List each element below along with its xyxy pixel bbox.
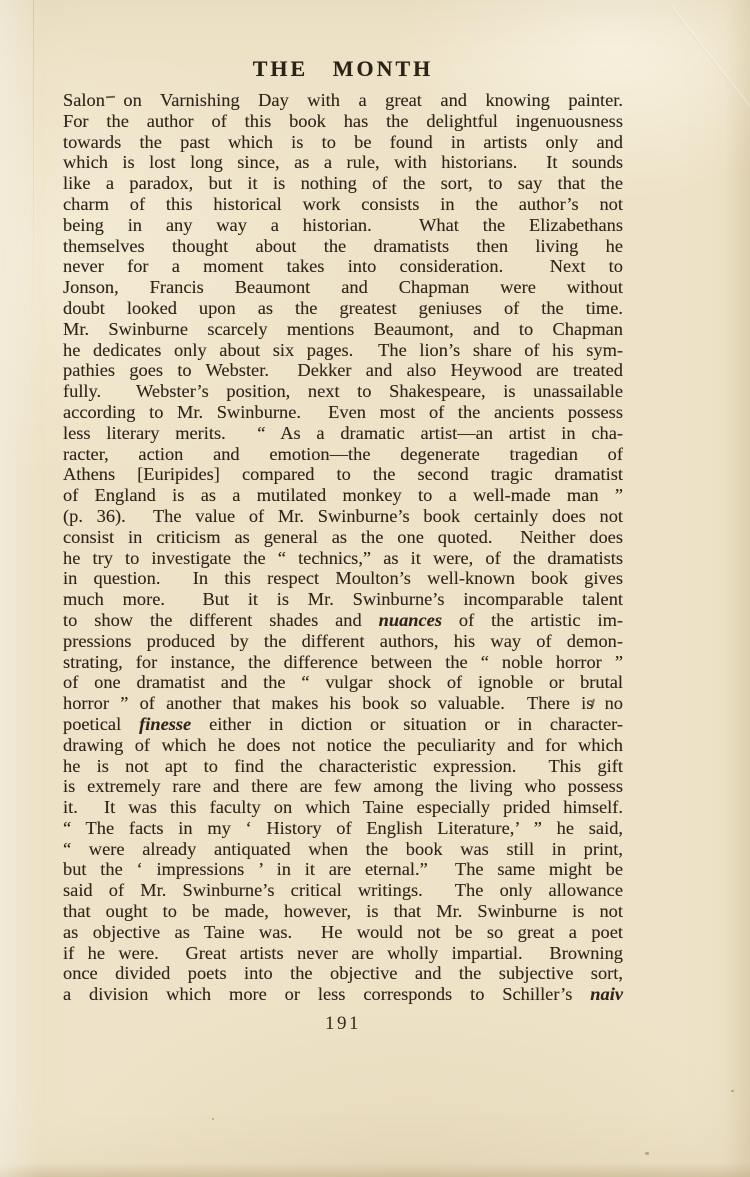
italic-word: finesse xyxy=(139,714,191,734)
text-line: he dedicates only about six pages. The l… xyxy=(63,340,623,361)
text-line: that ought to be made, however, is that … xyxy=(63,901,623,922)
text-segment: doubt looked upon as the greatest genius… xyxy=(63,298,623,318)
text-segment: horror ” of another that makes his book … xyxy=(63,693,623,713)
text-line: he is not apt to find the characteristic… xyxy=(63,756,623,777)
text-segment: he is not apt to find the characteristic… xyxy=(63,756,623,776)
text-line: it. It was this faculty on which Taine e… xyxy=(63,797,623,818)
text-segment: that ought to be made, however, is that … xyxy=(63,901,623,921)
text-segment: either in diction or situation or in cha… xyxy=(191,714,623,734)
paper-edge-crease xyxy=(33,0,34,300)
text-segment: much more. But it is Mr. Swinburne’s inc… xyxy=(63,589,623,609)
text-line: doubt looked upon as the greatest genius… xyxy=(63,298,623,319)
text-segment: Salon on Varnishing Day with a great and… xyxy=(63,90,623,110)
text-segment: of the artistic im- xyxy=(442,610,623,630)
text-line: consist in criticism as general as the o… xyxy=(63,527,623,548)
text-line: Jonson, Francis Beaumont and Chapman wer… xyxy=(63,277,623,298)
text-segment: towards the past which is to be found in… xyxy=(63,132,623,152)
text-segment: in question. In this respect Moulton’s w… xyxy=(63,568,623,588)
text-line: themselves thought about the dramatists … xyxy=(63,236,623,257)
text-line: to show the different shades and nuances… xyxy=(63,610,623,631)
text-segment: themselves thought about the dramatists … xyxy=(63,236,623,256)
text-line: of one dramatist and the “ vulgar shock … xyxy=(63,672,623,693)
text-segment: poetical xyxy=(63,714,139,734)
text-line: of England is as a mutilated monkey to a… xyxy=(63,485,623,506)
text-segment: Athens [Euripides] compared to the secon… xyxy=(63,464,623,484)
text-segment: For the author of this book has the deli… xyxy=(63,111,623,131)
text-segment: less literary merits. “ As a dramatic ar… xyxy=(63,423,623,443)
text-line: fully. Webster’s position, next to Shake… xyxy=(63,381,623,402)
text-segment: like a paradox, but it is nothing of the… xyxy=(63,173,623,193)
text-line: a division which more or less correspond… xyxy=(63,984,623,1005)
text-segment: a division which more or less correspond… xyxy=(63,984,590,1004)
page-number: 191 xyxy=(63,1013,623,1035)
text-segment: pressions produced by the different auth… xyxy=(63,631,623,651)
text-segment: said of Mr. Swinburne’s critical writing… xyxy=(63,880,623,900)
text-segment: Jonson, Francis Beaumont and Chapman wer… xyxy=(63,277,623,297)
text-line: “ were already antiquated when the book … xyxy=(63,839,623,860)
text-line: never for a moment takes into considerat… xyxy=(63,256,623,277)
text-segment: Mr. Swinburne scarcely mentions Beaumont… xyxy=(63,319,623,339)
text-segment: which is lost long since, as a rule, wit… xyxy=(63,152,623,172)
text-segment: once divided poets into the objective an… xyxy=(63,963,623,983)
text-segment: “ were already antiquated when the book … xyxy=(63,839,623,859)
text-segment: being in any way a historian. What the E… xyxy=(63,215,623,235)
text-line: strating, for instance, the difference b… xyxy=(63,652,623,673)
text-line: according to Mr. Swinburne. Even most of… xyxy=(63,402,623,423)
text-line: said of Mr. Swinburne’s critical writing… xyxy=(63,880,623,901)
text-segment: of one dramatist and the “ vulgar shock … xyxy=(63,672,623,692)
text-segment: pathies goes to Webster. Dekker and also… xyxy=(63,360,623,380)
text-line: is extremely rare and there are few amon… xyxy=(63,776,623,797)
text-line: he try to investigate the “ technics,” a… xyxy=(63,548,623,569)
text-segment: “ The facts in my ‘ History of English L… xyxy=(63,818,623,838)
text-line: much more. But it is Mr. Swinburne’s inc… xyxy=(63,589,623,610)
paper-speck xyxy=(645,1152,649,1155)
text-line: horror ” of another that makes his book … xyxy=(63,693,623,714)
text-line: being in any way a historian. What the E… xyxy=(63,215,623,236)
text-segment: to show the different shades and xyxy=(63,610,379,630)
text-line: if he were. Great artists never are whol… xyxy=(63,943,623,964)
text-line: “ The facts in my ‘ History of English L… xyxy=(63,818,623,839)
text-segment: if he were. Great artists never are whol… xyxy=(63,943,623,963)
text-segment: but the ‘ impressions ’ in it are eterna… xyxy=(63,859,623,879)
text-segment: as objective as Taine was. He would not … xyxy=(63,922,623,942)
scanned-book-page: THE MONTH Salon on Varnishing Day with a… xyxy=(0,0,750,1177)
paper-speck xyxy=(212,1118,214,1120)
paper-corner-crease xyxy=(670,5,750,338)
text-line: Salon on Varnishing Day with a great and… xyxy=(63,90,623,111)
text-segment: it. It was this faculty on which Taine e… xyxy=(63,797,623,817)
page-body: Salon on Varnishing Day with a great and… xyxy=(63,90,623,1005)
text-segment: (p. 36). The value of Mr. Swinburne’s bo… xyxy=(63,506,623,526)
text-segment: charm of this historical work consists i… xyxy=(63,194,623,214)
text-line: (p. 36). The value of Mr. Swinburne’s bo… xyxy=(63,506,623,527)
text-line: poetical finesse either in diction or si… xyxy=(63,714,623,735)
text-line: Athens [Euripides] compared to the secon… xyxy=(63,464,623,485)
text-line: but the ‘ impressions ’ in it are eterna… xyxy=(63,859,623,880)
paper-speck xyxy=(731,1090,734,1092)
text-segment: fully. Webster’s position, next to Shake… xyxy=(63,381,623,401)
italic-word: naiv xyxy=(590,984,623,1004)
text-line: in question. In this respect Moulton’s w… xyxy=(63,568,623,589)
running-head-title: THE MONTH xyxy=(63,56,623,82)
text-line: which is lost long since, as a rule, wit… xyxy=(63,152,623,173)
text-line: once divided poets into the objective an… xyxy=(63,963,623,984)
text-segment: never for a moment takes into considerat… xyxy=(63,256,623,276)
text-line: charm of this historical work consists i… xyxy=(63,194,623,215)
text-segment: he dedicates only about six pages. The l… xyxy=(63,340,623,360)
text-line: Mr. Swinburne scarcely mentions Beaumont… xyxy=(63,319,623,340)
text-segment: strating, for instance, the difference b… xyxy=(63,652,623,672)
text-segment: racter, action and emotion—the degenerat… xyxy=(63,444,623,464)
text-line: racter, action and emotion—the degenerat… xyxy=(63,444,623,465)
text-segment: consist in criticism as general as the o… xyxy=(63,527,623,547)
text-line: pressions produced by the different auth… xyxy=(63,631,623,652)
text-line: towards the past which is to be found in… xyxy=(63,132,623,153)
text-segment: according to Mr. Swinburne. Even most of… xyxy=(63,402,623,422)
text-line: pathies goes to Webster. Dekker and also… xyxy=(63,360,623,381)
text-segment: is extremely rare and there are few amon… xyxy=(63,776,623,796)
text-line: like a paradox, but it is nothing of the… xyxy=(63,173,623,194)
text-line: as objective as Taine was. He would not … xyxy=(63,922,623,943)
text-line: less literary merits. “ As a dramatic ar… xyxy=(63,423,623,444)
text-segment: he try to investigate the “ technics,” a… xyxy=(63,548,623,568)
text-line: For the author of this book has the deli… xyxy=(63,111,623,132)
text-segment: drawing of which he does not notice the … xyxy=(63,735,623,755)
italic-word: nuances xyxy=(379,610,442,630)
text-line: drawing of which he does not notice the … xyxy=(63,735,623,756)
text-segment: of England is as a mutilated monkey to a… xyxy=(63,485,623,505)
